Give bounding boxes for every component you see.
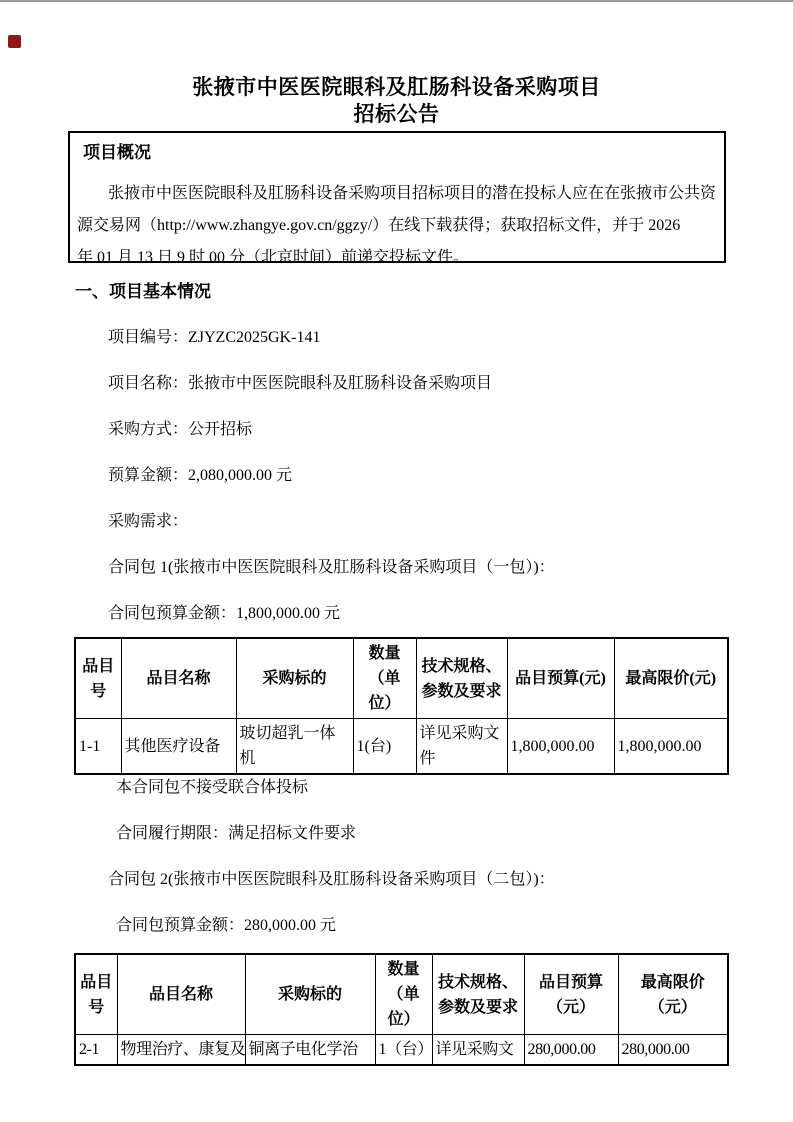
cell-max-price: 1,800,000.00 <box>614 719 728 775</box>
header-max-price: 最高限价 （元） <box>618 954 728 1035</box>
field-budget-amount: 预算金额：2,080,000.00 元 <box>108 466 748 486</box>
header-tech-specs: 技术规格、 参数及要求 <box>416 638 507 719</box>
cell-item-budget: 280,000.00 <box>524 1035 618 1066</box>
header-item-name: 品目名称 <box>117 954 245 1035</box>
basic-info-fields: 项目编号：ZJYZC2025GK-141 项目名称：张掖市中医医院眼科及肛肠科设… <box>108 328 748 650</box>
header-quantity-unit: 数量（单 位） <box>353 638 416 719</box>
section-basic-info-heading: 一、项目基本情况 <box>75 281 211 303</box>
table-header-row: 品目 号 品目名称 采购标的 数量（单 位） 技术规格、 参数及要求 品目预算(… <box>75 638 728 719</box>
cell-item-name: 物理治疗、康复及 <box>117 1035 245 1066</box>
cell-item-no: 1-1 <box>75 719 121 775</box>
cell-procurement-subject: 铜离子电化学治 <box>245 1035 375 1066</box>
cell-max-price: 280,000.00 <box>618 1035 728 1066</box>
cell-item-budget: 1,800,000.00 <box>507 719 614 775</box>
document-title-line2: 招标公告 <box>0 101 793 128</box>
package-1-notes: 本合同包不接受联合体投标 合同履行期限：满足招标文件要求 合同包 2(张掖市中医… <box>108 778 748 962</box>
note-no-consortium: 本合同包不接受联合体投标 <box>108 778 748 798</box>
field-contract-package-1: 合同包 1(张掖市中医医院眼科及肛肠科设备采购项目（一包）)： <box>108 558 748 578</box>
cell-quantity-unit: 1（台） <box>375 1035 432 1066</box>
document-page: 张掖市中医医院眼科及肛肠科设备采购项目 招标公告 项目概况 张掖市中医医院眼科及… <box>0 0 793 1122</box>
contract-package-2-table: 品目 号 品目名称 采购标的 数量（单 位） 技术规格、 参数及要求 品目预算 … <box>74 953 729 1066</box>
overview-paragraph-line-2: 源交易网（http://www.zhangye.gov.cn/ggzy/）在线下… <box>77 210 716 242</box>
header-item-budget: 品目预算 （元） <box>524 954 618 1035</box>
overview-paragraph-line-3: 年 01 月 13 日 9 时 00 分（北京时间）前递交投标文件。 <box>77 242 716 263</box>
contract-package-1-table: 品目 号 品目名称 采购标的 数量（单 位） 技术规格、 参数及要求 品目预算(… <box>74 637 729 775</box>
project-overview-box: 项目概况 张掖市中医医院眼科及肛肠科设备采购项目招标项目的潜在投标人应在在张掖市… <box>68 131 726 263</box>
cell-item-no: 2-1 <box>75 1035 117 1066</box>
header-item-no: 品目 号 <box>75 638 121 719</box>
note-contract-term: 合同履行期限：满足招标文件要求 <box>108 824 748 844</box>
header-item-budget: 品目预算(元) <box>507 638 614 719</box>
header-procurement-subject: 采购标的 <box>245 954 375 1035</box>
header-max-price: 最高限价(元) <box>614 638 728 719</box>
field-procurement-method: 采购方式：公开招标 <box>108 420 748 440</box>
overview-paragraph: 张掖市中医医院眼科及肛肠科设备采购项目招标项目的潜在投标人应在在张掖市公共资 源… <box>77 178 716 263</box>
overview-heading: 项目概况 <box>83 142 724 164</box>
table-row: 1-1 其他医疗设备 玻切超乳一体 机 1(台) 详见采购文 件 1,800,0… <box>75 719 728 775</box>
field-procurement-demand: 采购需求： <box>108 512 748 532</box>
header-tech-specs: 技术规格、 参数及要求 <box>432 954 524 1035</box>
field-project-name: 项目名称：张掖市中医医院眼科及肛肠科设备采购项目 <box>108 374 748 394</box>
field-project-number: 项目编号：ZJYZC2025GK-141 <box>108 328 748 348</box>
field-package-1-budget: 合同包预算金额：1,800,000.00 元 <box>108 604 748 624</box>
header-quantity-unit: 数量（单 位） <box>375 954 432 1035</box>
cell-quantity-unit: 1(台) <box>353 719 416 775</box>
header-item-no: 品目 号 <box>75 954 117 1035</box>
document-title: 张掖市中医医院眼科及肛肠科设备采购项目 招标公告 <box>0 74 793 128</box>
table-header-row: 品目 号 品目名称 采购标的 数量（单 位） 技术规格、 参数及要求 品目预算 … <box>75 954 728 1035</box>
field-contract-package-2: 合同包 2(张掖市中医医院眼科及肛肠科设备采购项目（二包）)： <box>108 870 748 890</box>
header-procurement-subject: 采购标的 <box>236 638 353 719</box>
overview-paragraph-line-1: 张掖市中医医院眼科及肛肠科设备采购项目招标项目的潜在投标人应在在张掖市公共资 <box>77 178 716 210</box>
cell-procurement-subject: 玻切超乳一体 机 <box>236 719 353 775</box>
cell-tech-specs: 详见采购文 <box>432 1035 524 1066</box>
table-row: 2-1 物理治疗、康复及 铜离子电化学治 1（台） 详见采购文 280,000.… <box>75 1035 728 1066</box>
cell-item-name: 其他医疗设备 <box>121 719 236 775</box>
header-item-name: 品目名称 <box>121 638 236 719</box>
top-edge-line <box>0 0 793 2</box>
field-package-2-budget: 合同包预算金额：280,000.00 元 <box>108 916 748 936</box>
red-square-marker <box>8 35 21 48</box>
document-title-line1: 张掖市中医医院眼科及肛肠科设备采购项目 <box>0 74 793 101</box>
cell-tech-specs: 详见采购文 件 <box>416 719 507 775</box>
